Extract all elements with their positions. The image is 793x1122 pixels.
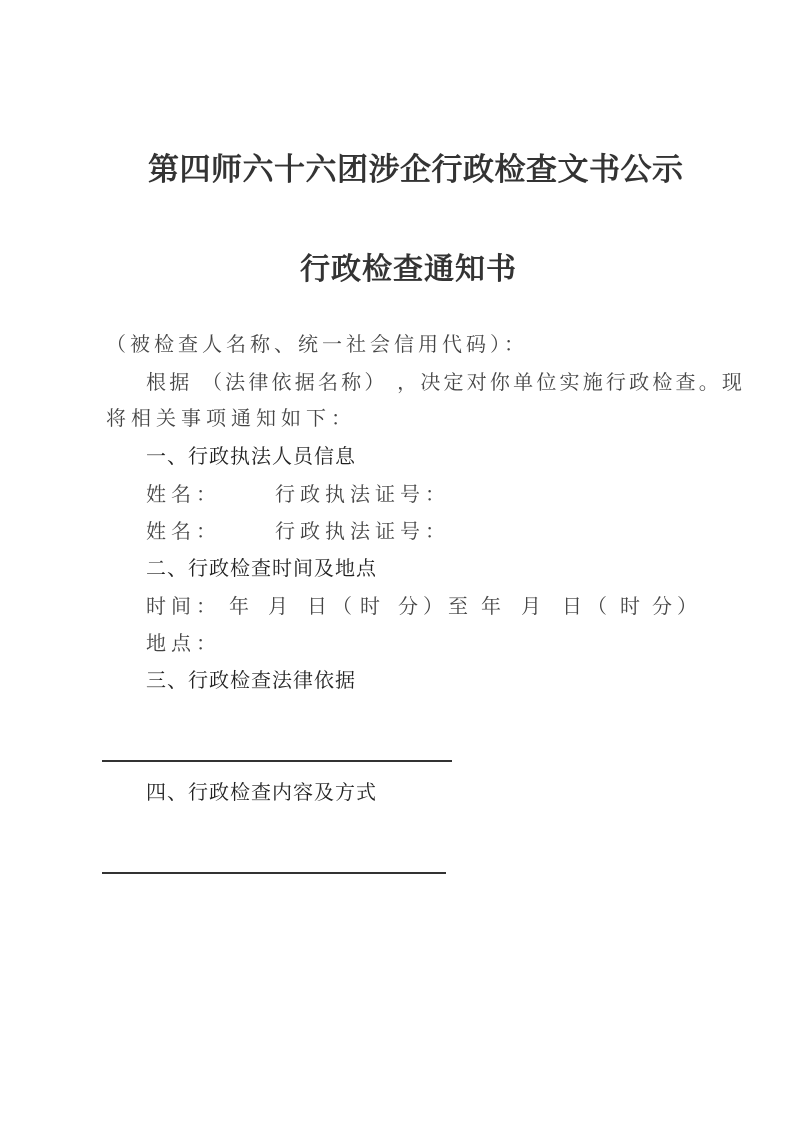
time-field-month-end: 月 [521,590,546,619]
officer-cert-label-1: 行政执法证号： [275,478,450,507]
officer-name-label-1: 姓名： [146,478,221,507]
addressee-line: （被检查人名称、统一社会信用代码）： [106,328,528,357]
time-field-hour-end: 时 [620,590,645,619]
section-3-heading: 三、行政检查法律依据 [146,664,356,693]
time-field-minute-to: 分）至 [398,590,473,619]
time-field-year-start: 年 [229,590,254,619]
document-title: 行政检查通知书 [300,244,517,288]
section-1-heading: 一、行政执法人员信息 [146,440,356,469]
section-4-heading: 四、行政检查内容及方式 [146,776,377,805]
time-field-day-start: 日（ [307,590,357,619]
time-field-month-start: 月 [268,590,293,619]
content-method-underline [102,872,446,874]
time-field-hour-start: 时 [360,590,385,619]
officer-cert-label-2: 行政执法证号： [275,515,450,544]
paragraph-line-1: 根据 （法律依据名称） ，决定对你单位实施行政检查。现 [146,366,745,395]
place-label: 地点： [146,627,221,656]
paragraph-line-2: 将相关事项通知如下： [106,402,356,431]
time-field-year-end: 年 [481,590,506,619]
section-2-heading: 二、行政检查时间及地点 [146,552,377,581]
time-label: 时间： [146,590,221,619]
time-field-minute-end: 分） [652,590,702,619]
header-title: 第四师六十六团涉企行政检查文书公示 [148,144,684,189]
legal-basis-underline [102,760,452,762]
officer-name-label-2: 姓名： [146,515,221,544]
time-field-day-end: 日（ [562,590,612,619]
